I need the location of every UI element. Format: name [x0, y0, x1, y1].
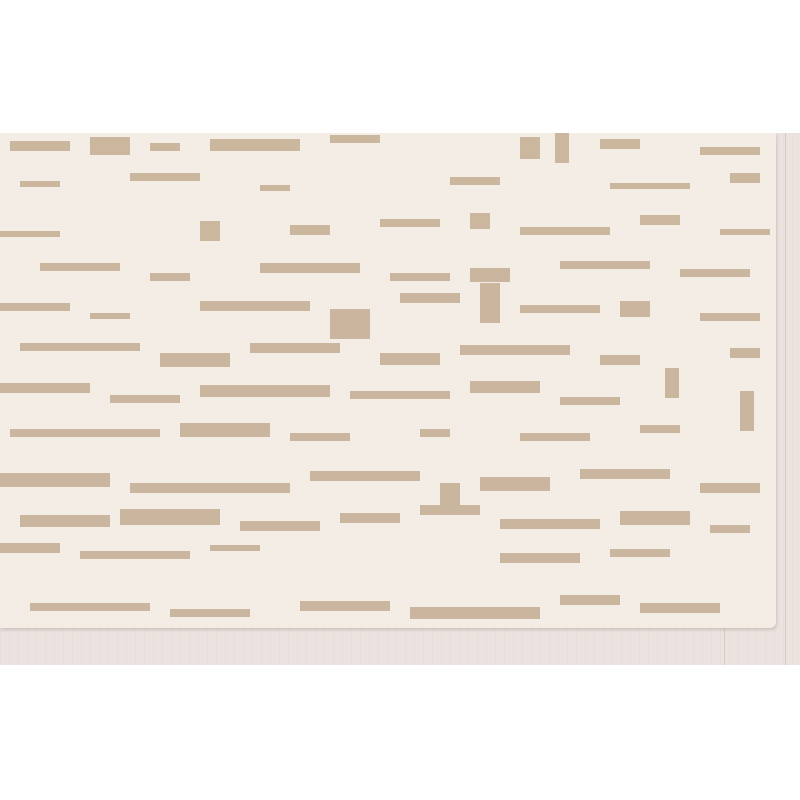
product-photo [0, 133, 800, 665]
floor-plank-seam [724, 628, 725, 665]
rug [0, 133, 776, 628]
floor-plank-seam [785, 133, 786, 665]
rug-pattern [0, 133, 776, 628]
